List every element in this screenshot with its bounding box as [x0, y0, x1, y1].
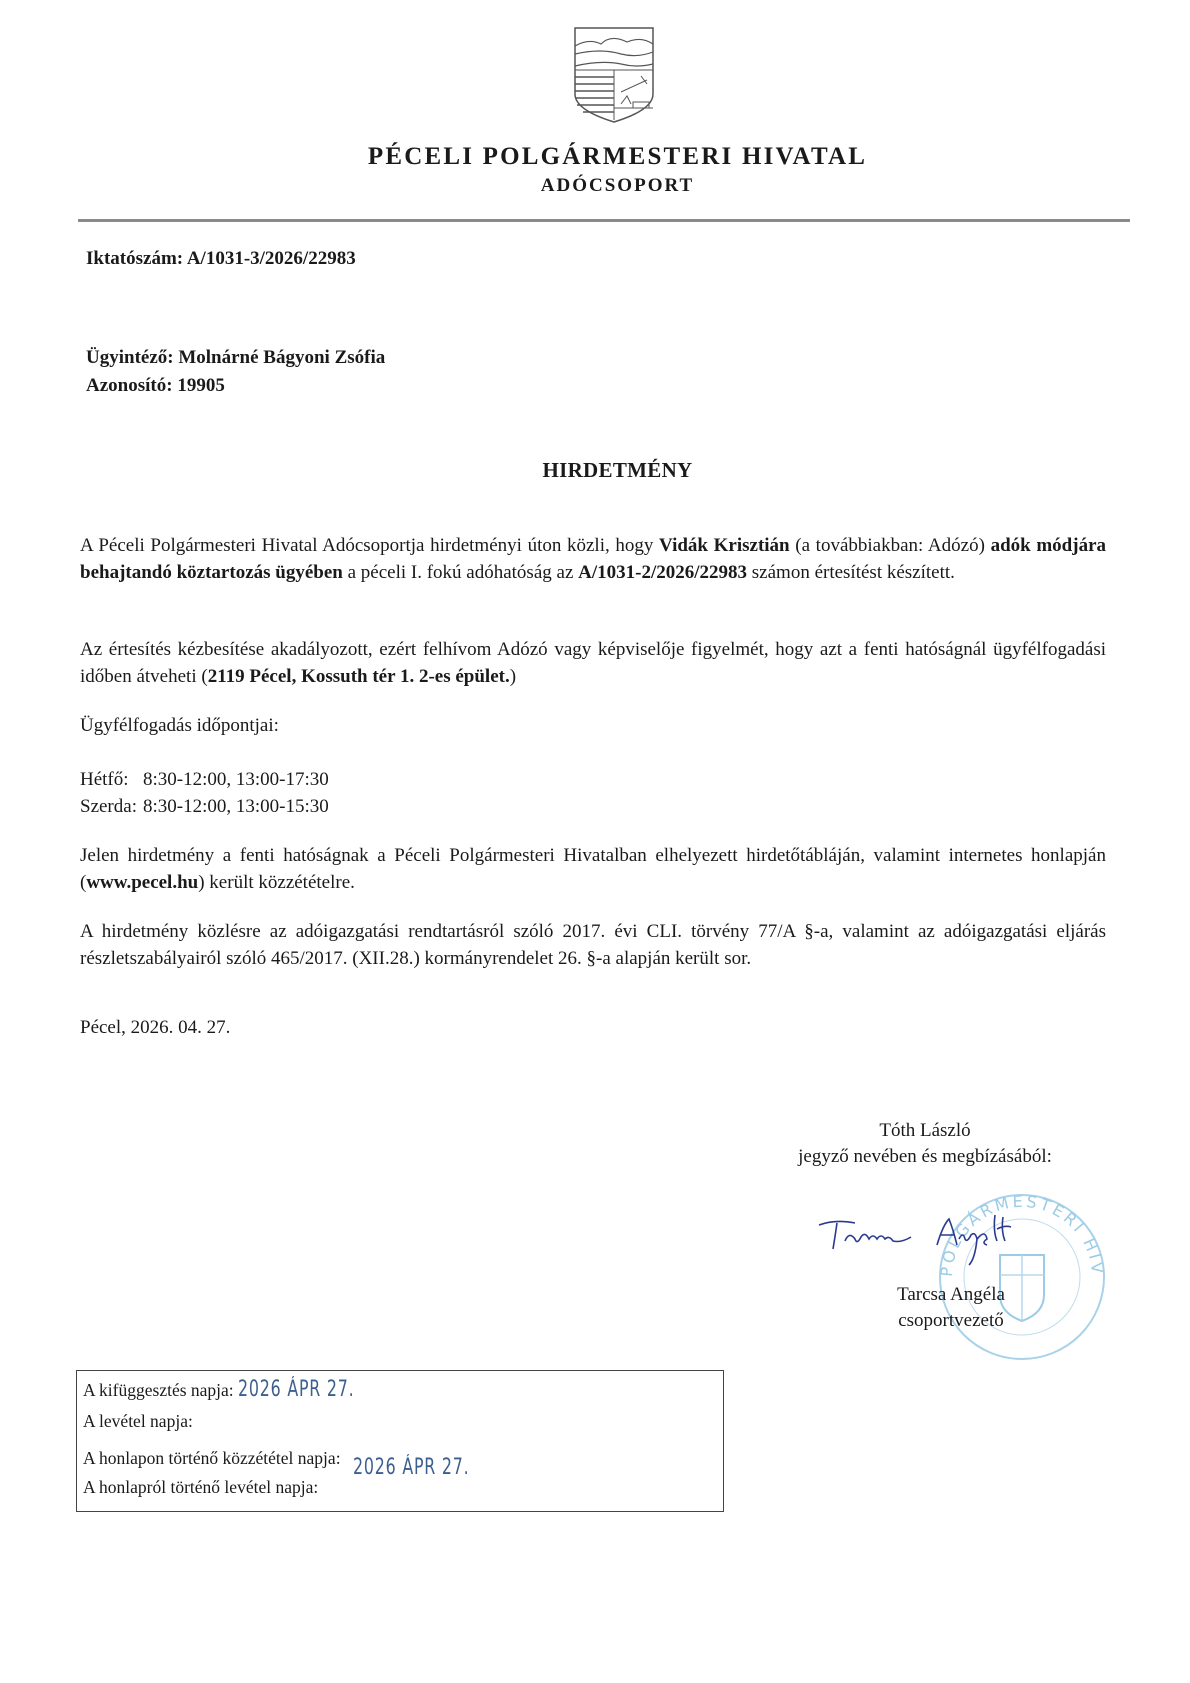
- hours-title: Ügyfélfogadás időpontjai:: [80, 712, 1106, 739]
- posting-row: A kifüggesztés napja: 2026 ÁPR 27.: [83, 1377, 384, 1402]
- department-name: ADÓCSOPORT: [0, 175, 1190, 197]
- office-address: 2119 Pécel, Kossuth tér 1. 2-es épület.: [208, 666, 510, 687]
- document-title: HIRDETMÉNY: [0, 458, 1190, 483]
- text: a péceli I. fokú adóhatóság az: [343, 562, 578, 583]
- reference-number: Iktatószám: A/1031-3/2026/22983: [86, 248, 356, 270]
- handwritten-signature-icon: [815, 1205, 1045, 1275]
- paragraph-legal-basis: A hirdetmény közlésre az adóigazgatási r…: [80, 918, 1106, 972]
- taxpayer-name: Vidák Krisztián: [659, 535, 790, 556]
- header-divider: [78, 219, 1130, 222]
- identifier-label: Azonosító:: [86, 375, 173, 396]
- reference-label: Iktatószám:: [86, 248, 183, 269]
- paragraph-delivery: Az értesítés kézbesítése akadályozott, e…: [80, 636, 1106, 690]
- officer-label: Ügyintéző:: [86, 347, 174, 368]
- posting-row: A honlapon történő közzététel napja: 202…: [83, 1445, 499, 1470]
- posting-label: A honlapon történő közzététel napja:: [83, 1448, 341, 1468]
- legal-basis-text: A hirdetmény közlésre az adóigazgatási r…: [80, 918, 1106, 972]
- hours-row: Hétfő:8:30-12:00, 13:00-17:30: [80, 766, 1106, 793]
- municipal-coat-of-arms-icon: [571, 24, 657, 124]
- posting-label: A levétel napja:: [83, 1411, 193, 1431]
- text: (a továbbiakban: Adózó): [790, 535, 991, 556]
- hours-list: Hétfő:8:30-12:00, 13:00-17:30 Szerda:8:3…: [80, 766, 1106, 820]
- notice-reference: A/1031-2/2026/22983: [578, 562, 747, 583]
- posting-stamp-date: 2026 ÁPR 27.: [353, 1455, 470, 1480]
- notary-name: Tóth László: [760, 1118, 1090, 1144]
- hours-row: Szerda:8:30-12:00, 13:00-15:30: [80, 793, 1106, 820]
- text: számon értesítést készített.: [747, 562, 955, 583]
- hours-day: Szerda:: [80, 793, 143, 820]
- hours-time: 8:30-12:00, 13:00-17:30: [143, 769, 329, 790]
- hours-day: Hétfő:: [80, 766, 143, 793]
- organization-name: PÉCELI POLGÁRMESTERI HIVATAL: [0, 143, 1190, 171]
- officer-value: Molnárné Bágyoni Zsófia: [178, 347, 385, 368]
- place-and-date: Pécel, 2026. 04. 27.: [80, 1017, 230, 1039]
- signer-role: csoportvezető: [836, 1308, 1066, 1334]
- posting-row: A levétel napja:: [83, 1411, 193, 1432]
- identifier: Azonosító: 19905: [86, 375, 225, 397]
- reference-value: A/1031-3/2026/22983: [187, 248, 356, 269]
- paragraph-publication: Jelen hirdetmény a fenti hatóságnak a Pé…: [80, 842, 1106, 896]
- website-link[interactable]: www.pecel.hu: [86, 872, 198, 893]
- hours-time: 8:30-12:00, 13:00-15:30: [143, 796, 329, 817]
- posting-stamp-date: 2026 ÁPR 27.: [238, 1377, 355, 1402]
- text: ) került közzétételre.: [198, 872, 355, 893]
- paragraph-notice: A Péceli Polgármesteri Hivatal Adócsopor…: [80, 532, 1106, 586]
- posting-label: A kifüggesztés napja:: [83, 1380, 234, 1400]
- text: ): [510, 666, 516, 687]
- posting-row: A honlapról történő levétel napja:: [83, 1477, 318, 1498]
- notary-role: jegyző nevében és megbízásából:: [760, 1144, 1090, 1170]
- posting-label: A honlapról történő levétel napja:: [83, 1477, 318, 1497]
- text: A Péceli Polgármesteri Hivatal Adócsopor…: [80, 535, 659, 556]
- signer-name: Tarcsa Angéla: [836, 1282, 1066, 1308]
- identifier-value: 19905: [177, 375, 225, 396]
- officer: Ügyintéző: Molnárné Bágyoni Zsófia: [86, 347, 385, 369]
- posting-dates-box: A kifüggesztés napja: 2026 ÁPR 27. A lev…: [76, 1370, 724, 1512]
